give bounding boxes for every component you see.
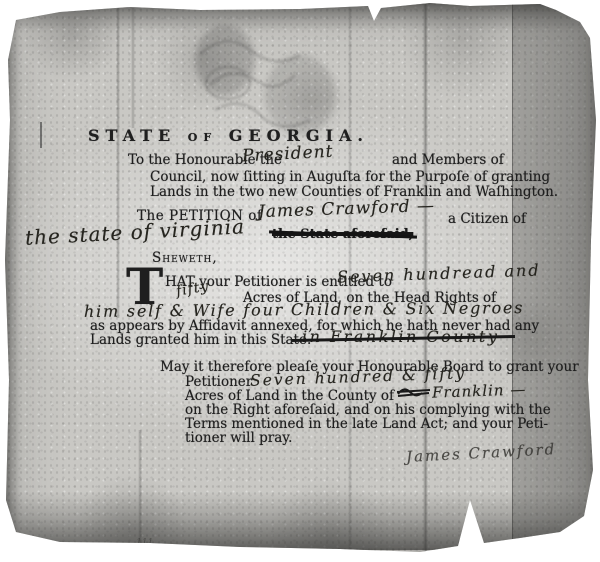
struck-out-printed-text: the State aforeſaid, xyxy=(272,227,413,242)
aged-paper-sheet: STATE of GEORGIA. To the Honourable the … xyxy=(0,0,600,562)
address-line1-cont: and Members of xyxy=(392,152,504,168)
body-line4: Lands granted him in this State. xyxy=(90,332,311,348)
scribbled-out-word xyxy=(396,384,432,400)
struck-out-handwriting: in Franklin County xyxy=(302,327,499,346)
faint-fold-mark: 111 xyxy=(136,538,153,548)
citizen-of-label: a Citizen of xyxy=(448,211,526,227)
handwritten-county: Franklin — xyxy=(432,380,527,401)
address-line2: Council, now ſitting in Auguſta for the … xyxy=(150,169,550,185)
archival-page-number: 21 xyxy=(6,534,20,547)
address-line3: Lands in the two new Counties of Frankli… xyxy=(150,184,558,200)
document-scan: STATE of GEORGIA. To the Honourable the … xyxy=(0,0,600,562)
prayer-line6: tioner will pray. xyxy=(185,430,292,446)
